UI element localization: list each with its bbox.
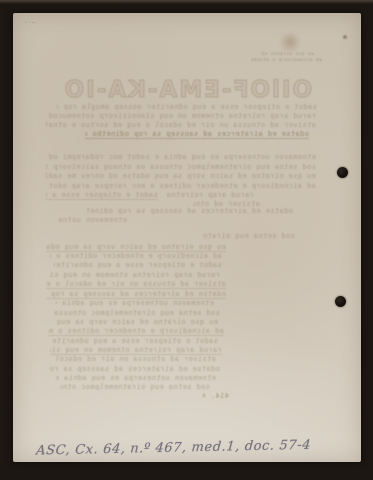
hole-punch-bottom — [335, 296, 346, 307]
bleed-line: ad aicnedivorp e etnedecer oditnes o moc… — [48, 327, 224, 336]
bleed-line: sadot e otiepser esse a euq odnariter ao… — [54, 261, 222, 269]
scan-stage: -·— OIlOF-EMA-KA-IO eu qse oiratno ed sa… — [0, 0, 373, 480]
bleed-line: eu qse oiratno ed saicn vorp sa euq odat… — [46, 243, 226, 252]
bleed-line: atsiver ad otnussa on oir ed odacol o eu… — [54, 355, 216, 363]
bleed-line: ad aicnedivorp e etnedecer oditnes o moc… — [46, 182, 316, 190]
bleed-line: 414. 414. 414. — [203, 392, 229, 400]
bleed-line: sadot e otiepser esse a euq odnariter ao… — [46, 191, 158, 200]
bleed-line: odatse ed airaterces ad saossep sa rop o… — [50, 365, 220, 373]
bleed-line: sadot e otiepser esse a euq odnariter ao… — [57, 103, 317, 111]
bleed-line: etnemavon uotneserpa es euq adnia e sado… — [56, 374, 216, 382]
bleed-line: eu qse oiratno ed saicn vorp sa euq odat… — [46, 172, 316, 180]
pencil-mark: -·— — [24, 20, 42, 26]
bleedthrough-headline: OIlOF-EMA-KA-IO — [50, 76, 312, 104]
bleed-line: sod setna euq oiratnemelpmoc otnussa oa … — [60, 383, 210, 391]
bleed-line: sod setna euq oiratnemelpmoc otnussa oa … — [52, 309, 220, 317]
bleed-line: etnemavon uotneserpa es euq adnia e sado… — [56, 299, 214, 307]
paper-speck — [343, 35, 347, 39]
bleed-line: eu qse oiratno ed saicn vorp sa euq odat… — [52, 318, 218, 326]
bleed-line: etnemavon uotneserpa es euq adnia e sado… — [57, 216, 127, 224]
bleed-line: sod setna euq oiratnemelpmoc otnussa oa … — [203, 232, 295, 240]
bleed-line: rarud arap roiretna otnemom on euq siano… — [46, 112, 316, 120]
bleed-line: atsiver ad otnussa on oir ed odacol o eu… — [46, 121, 316, 129]
bleed-line: rarud arap roiretna otnemom on euq siano… — [50, 346, 222, 355]
bleed-line: odatse ed airaterces ad saossep sa rop o… — [87, 207, 293, 215]
bleed-line: etnemavon uotneserpa es euq adnia e sado… — [46, 153, 316, 161]
bleed-line: sadot e otiepser esse a euq odnariter ao… — [52, 337, 218, 345]
bleed-line: rarud arap roiretna otnemom on euq siano… — [50, 271, 220, 279]
bleed-line: sod setna euq oiratnemelpmoc otnussa oa … — [46, 163, 316, 171]
bleed-line: odatse ed airaterces ad saossep sa rop o… — [85, 130, 309, 139]
bleed-line: atsiver ad otnussa on oir ed odacol o eu… — [46, 280, 226, 289]
bleed-line: odatse ed airaterces ad saossep sa rop o… — [46, 290, 226, 299]
bleed-line: ad aicnedivorp e etnedecer oditnes o moc… — [50, 252, 222, 260]
hole-punch-top — [337, 167, 348, 178]
letterhead-emblem-stamp — [279, 33, 301, 53]
bleed-line: ad aicnedivorp e etnedecer oditnes o moc… — [250, 58, 322, 65]
bleed-line: rarud arap roiretna otnemom on euq siano… — [162, 191, 254, 199]
